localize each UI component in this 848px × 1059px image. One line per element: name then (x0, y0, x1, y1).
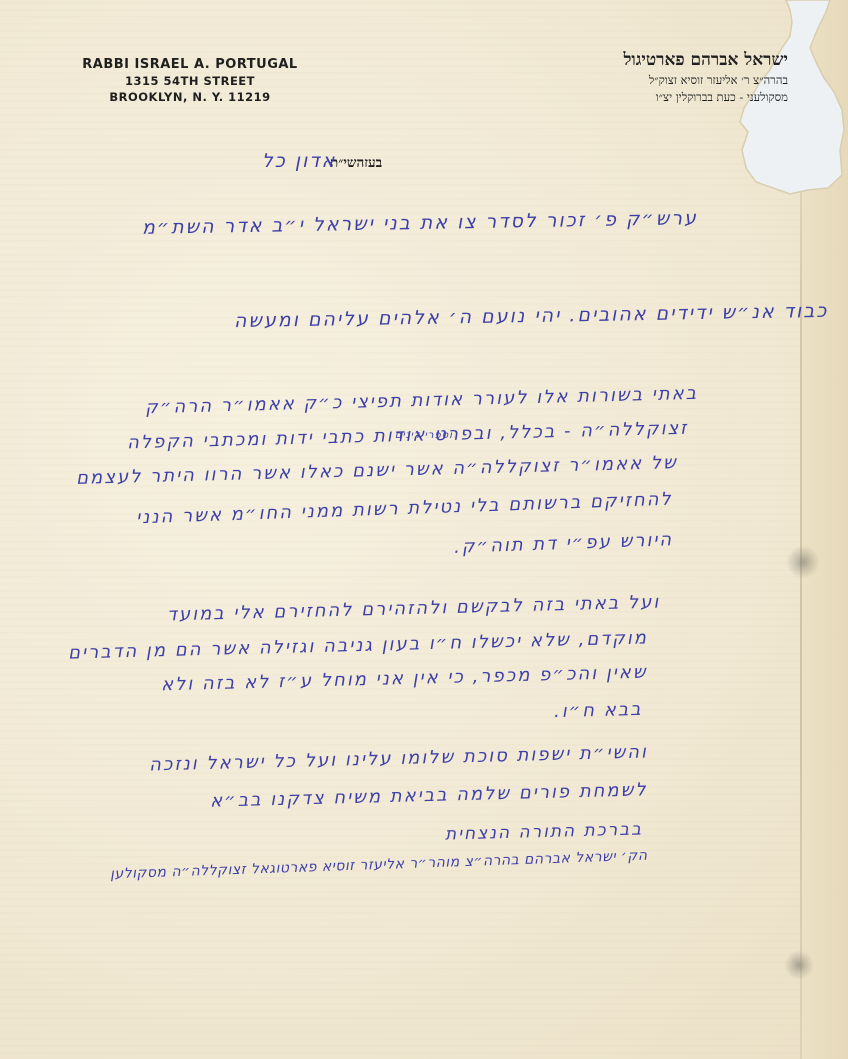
letterhead-hebrew: ישראל אברהם פארטיגול בהרה״צ ר׳ אליעזר זו… (528, 50, 788, 104)
letterhead-city: BROOKLYN, N. Y. 11219 (70, 90, 310, 104)
letterhead-hebrew-location: מסקולעני - כעת בברוקלין יצ״ו (528, 90, 788, 104)
letterhead-english: RABBI ISRAEL A. PORTUGAL 1315 54TH STREE… (70, 57, 310, 104)
heading-bezh: בעזהשי״ת (330, 155, 382, 171)
letterhead-name: RABBI ISRAEL A. PORTUGAL (70, 57, 310, 72)
letterhead-street: 1315 54TH STREET (70, 74, 310, 88)
letterhead-hebrew-name: ישראל אברהם פארטיגול (528, 50, 788, 70)
handwritten-heading: אדון כל (262, 150, 336, 172)
paper-stain (784, 950, 814, 980)
letter-paper (0, 0, 848, 1059)
letterhead-hebrew-lineage: בהרה״צ ר׳ אליעזר זוסיא זצוק״ל (528, 73, 788, 87)
paragraph-2-line-4: בבא ח״ו. (554, 699, 643, 722)
paper-stain (786, 545, 820, 579)
